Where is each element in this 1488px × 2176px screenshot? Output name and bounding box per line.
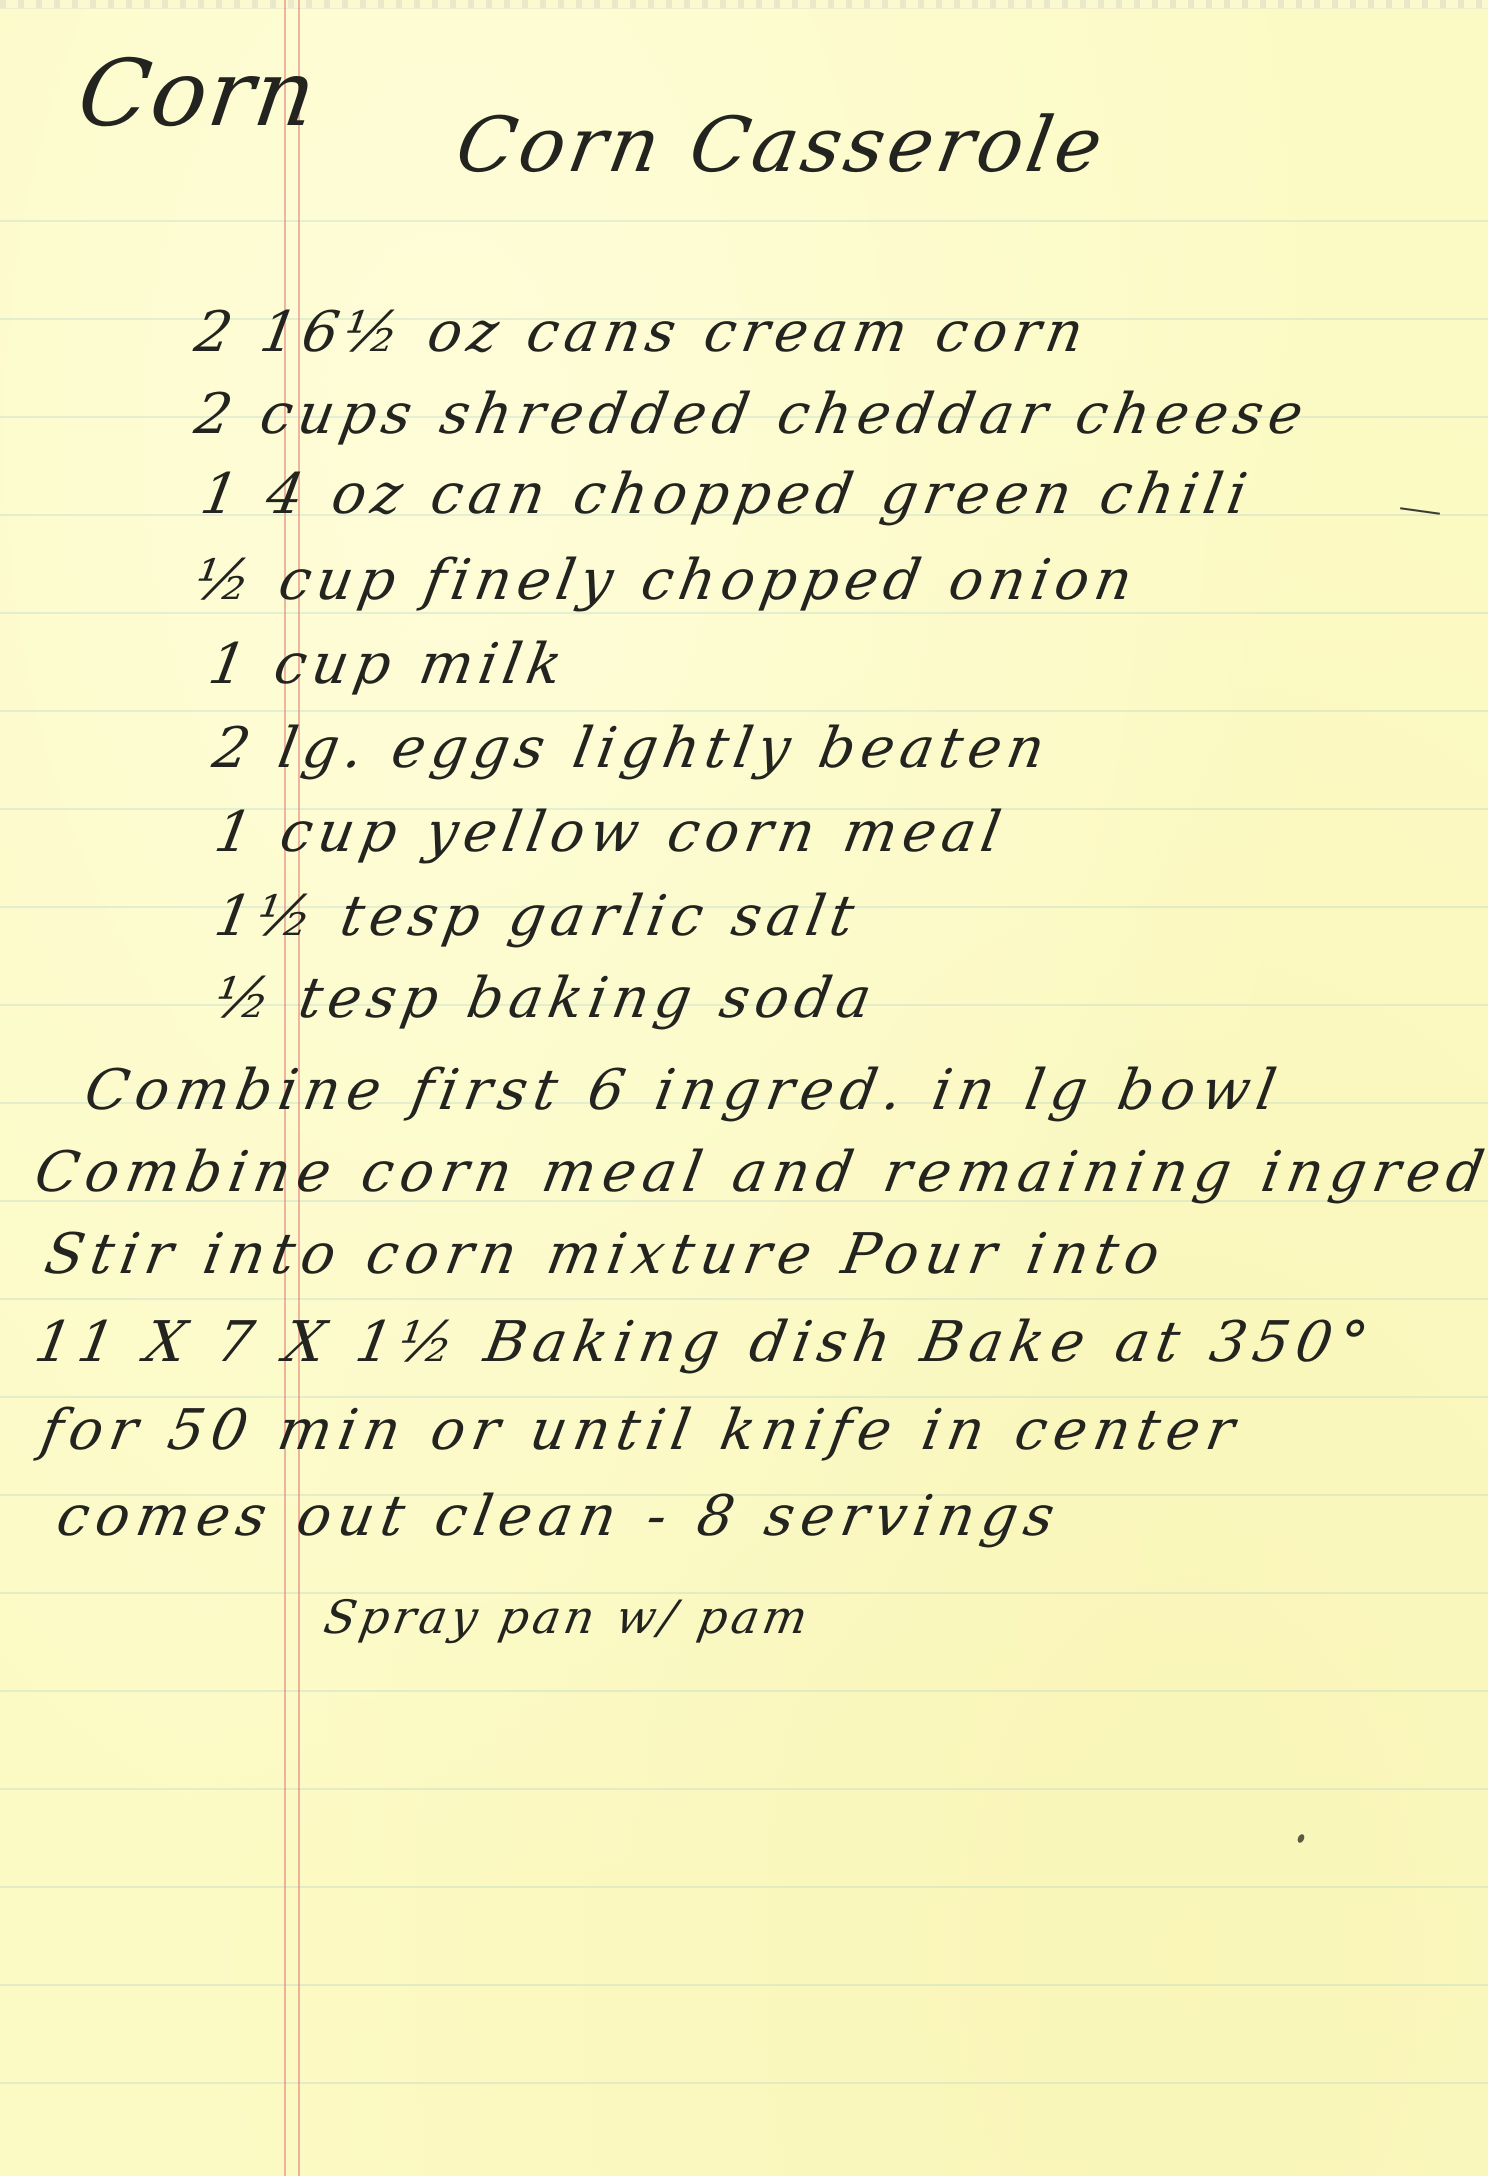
instruction-line: comes out clean - 8 servings <box>52 1484 1066 1549</box>
ingredient-item: 2 cups shredded cheddar cheese <box>190 382 1314 447</box>
ingredient-item: 1½ tesp garlic salt <box>210 884 865 949</box>
ruled-line <box>0 710 1488 712</box>
ingredient-item: ½ tesp baking soda <box>210 966 882 1031</box>
recipe-title: Corn Casserole <box>450 100 1113 189</box>
ruled-line <box>0 2082 1488 2084</box>
instruction-line: Combine corn meal and remaining ingred. <box>30 1140 1488 1205</box>
ruled-line <box>0 1788 1488 1790</box>
ruled-line <box>0 1984 1488 1986</box>
ruled-line <box>0 1886 1488 1888</box>
paper-speck <box>1296 1833 1305 1844</box>
instruction-line: 11 X 7 X 1½ Baking dish Bake at 350° <box>30 1310 1379 1375</box>
ingredient-item: ½ cup finely chopped onion <box>190 548 1143 613</box>
instruction-line: Stir into corn mixture Pour into <box>40 1222 1171 1287</box>
ruled-line <box>0 220 1488 222</box>
ingredient-item: 1 cup milk <box>204 632 573 697</box>
pan-note: Spray pan w/ pam <box>320 1590 816 1644</box>
perforated-top-edge <box>0 0 1488 9</box>
ruled-line <box>0 1298 1488 1300</box>
ruled-line <box>0 1690 1488 1692</box>
instruction-line: Combine first 6 ingred. in lg bowl <box>80 1058 1288 1123</box>
ingredient-item: 2 16½ oz cans cream corn <box>190 300 1094 365</box>
ingredient-item: 1 cup yellow corn meal <box>210 800 1011 865</box>
ingredient-item: 2 lg. eggs lightly beaten <box>208 716 1055 781</box>
corner-tag: Corn <box>72 40 324 147</box>
recipe-page: Corn Corn Casserole 2 16½ oz cans cream … <box>0 0 1488 2176</box>
ingredient-item: 1 4 oz can chopped green chili <box>196 462 1258 527</box>
instruction-line: for 50 min or until knife in center <box>36 1398 1246 1463</box>
